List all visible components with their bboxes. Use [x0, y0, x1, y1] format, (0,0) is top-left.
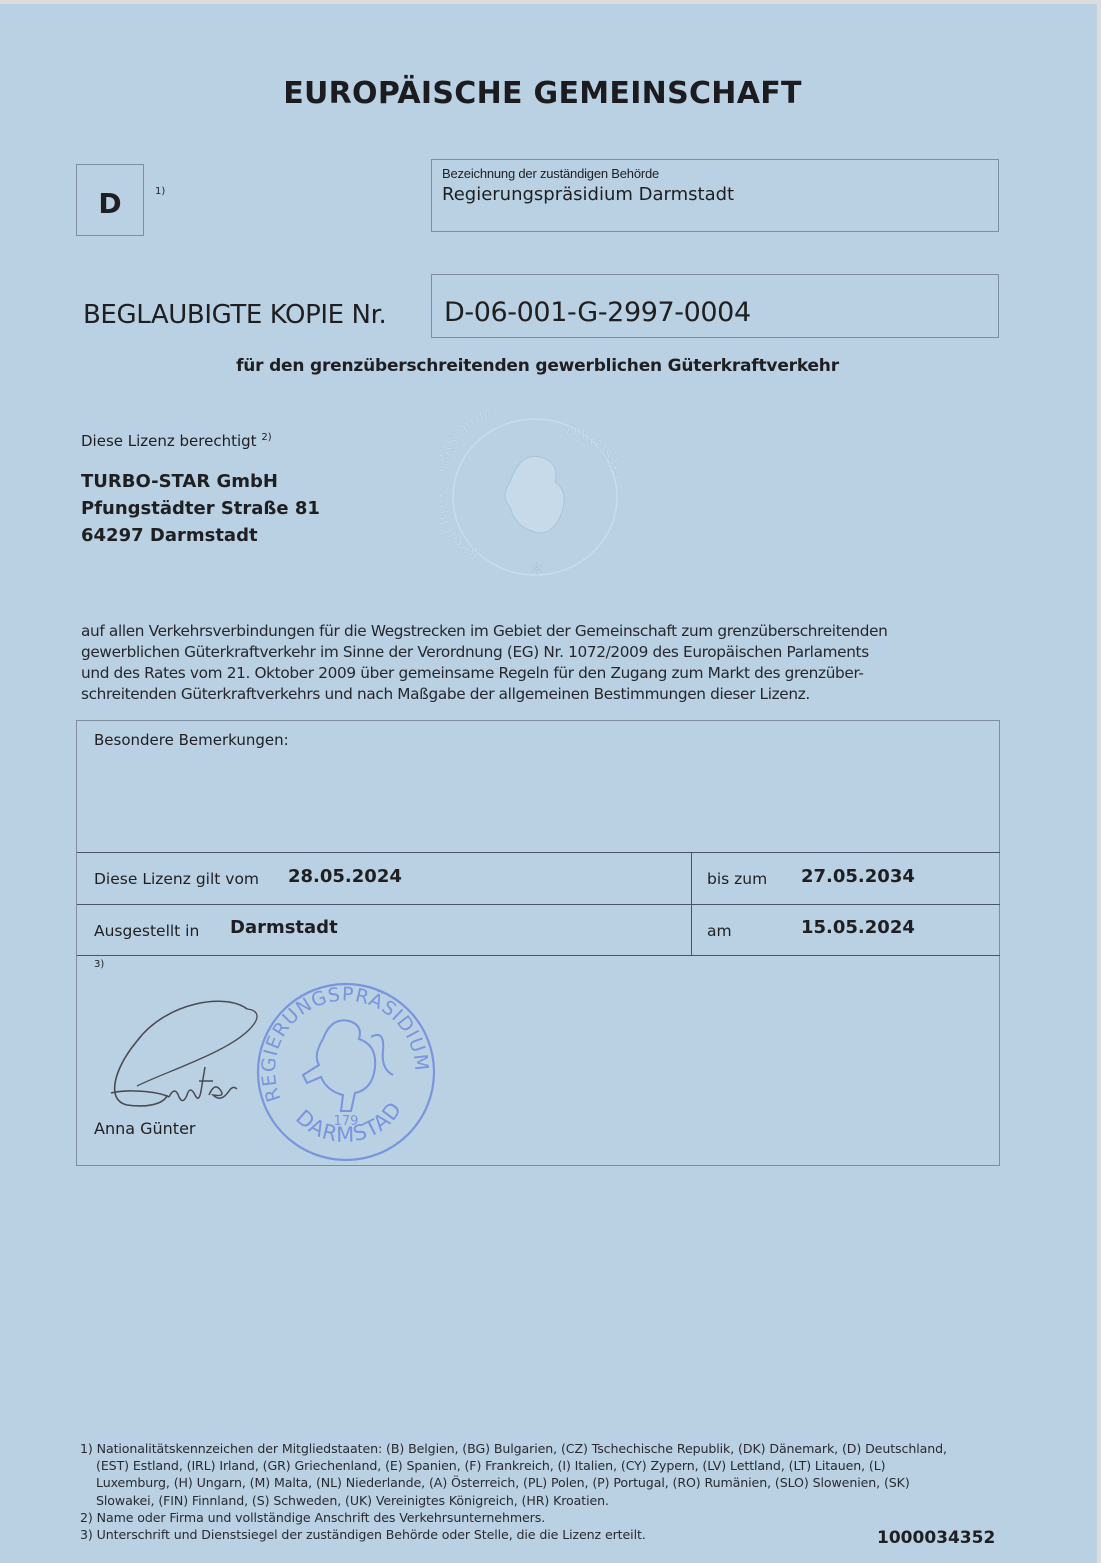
valid-from-value: 28.05.2024	[288, 866, 402, 887]
holder-street: Pfungstädter Straße 81	[81, 495, 320, 522]
emboss-text-right: DARMSTADT	[564, 422, 620, 495]
entitles-footnote-ref: 2)	[261, 432, 271, 443]
divider	[691, 852, 692, 956]
country-code: D	[77, 187, 143, 220]
remarks-label: Besondere Bemerkungen:	[94, 731, 289, 749]
valid-to-value: 27.05.2034	[801, 866, 915, 887]
entitles-text: Diese Lizenz berechtigt	[81, 432, 257, 450]
scope-line: auf allen Verkehrsverbindungen für die W…	[81, 621, 1001, 642]
scope-line: und des Rates vom 21. Oktober 2009 über …	[81, 663, 1001, 684]
signature-footnote-ref: 3)	[94, 959, 104, 970]
valid-from-label: Diese Lizenz gilt vom	[94, 870, 259, 888]
scope-line: schreitenden Güterkraftverkehrs und nach…	[81, 684, 1001, 705]
divider	[77, 852, 1000, 853]
svg-text:DARMSTADT: DARMSTADT	[564, 422, 620, 495]
remarks-and-validity-box: Besondere Bemerkungen: Diese Lizenz gilt…	[76, 720, 1000, 1166]
footnote-1-cont: (EST) Estland, (IRL) Irland, (GR) Griech…	[80, 1457, 1015, 1474]
license-document: EUROPÄISCHE GEMEINSCHAFT D 1) Bezeichnun…	[0, 4, 1097, 1563]
issued-date-value: 15.05.2024	[801, 917, 915, 938]
certified-copy-number: D-06-001-G-2997-0004	[444, 297, 751, 328]
divider	[77, 955, 1000, 956]
footnote-2: 2) Name oder Firma und vollständige Ansc…	[80, 1509, 1015, 1526]
document-subtitle: für den grenzüberschreitenden gewerblich…	[0, 356, 1075, 376]
license-scope-text: auf allen Verkehrsverbindungen für die W…	[81, 621, 1001, 705]
footnote-1-cont: Luxemburg, (H) Ungarn, (M) Malta, (NL) N…	[80, 1474, 1015, 1491]
authority-box: Bezeichnung der zuständigen Behörde Regi…	[431, 159, 999, 232]
svg-text:✲: ✲	[531, 562, 543, 578]
serial-number: 1000034352	[877, 1528, 995, 1548]
certified-copy-box: D-06-001-G-2997-0004	[431, 274, 999, 338]
official-stamp-icon: REGIERUNGSPRÄSIDIUM DARMSTADT 179	[253, 979, 439, 1165]
divider	[77, 904, 1000, 905]
entitles-label: Diese Lizenz berechtigt 2)	[81, 432, 272, 450]
footnote-1-cont: Slowakei, (FIN) Finnland, (S) Schweden, …	[80, 1492, 1015, 1509]
country-code-box: D	[76, 164, 144, 236]
footnote-3: 3) Unterschrift und Dienstsiegel der zus…	[80, 1526, 1015, 1543]
holder-name: TURBO-STAR GmbH	[81, 468, 320, 495]
scope-line: gewerblichen Güterkraftverkehr im Sinne …	[81, 642, 1001, 663]
stamp-number: 179	[334, 1114, 359, 1129]
valid-to-label: bis zum	[707, 870, 767, 888]
holder-city: 64297 Darmstadt	[81, 522, 320, 549]
issued-place-label: Ausgestellt in	[94, 922, 199, 940]
authority-label: Bezeichnung der zuständigen Behörde	[442, 166, 659, 181]
authority-value: Regierungspräsidium Darmstadt	[442, 184, 734, 205]
footnotes: 1) Nationalitätskennzeichen der Mitglied…	[80, 1440, 1015, 1543]
country-footnote-ref: 1)	[155, 186, 165, 197]
certified-copy-label: BEGLAUBIGTE KOPIE Nr.	[83, 300, 386, 330]
svg-text:REGIERUNGSPRÄSIDIUM: REGIERUNGSPRÄSIDIUM	[258, 983, 433, 1104]
issued-date-label: am	[707, 922, 732, 940]
footnote-1: 1) Nationalitätskennzeichen der Mitglied…	[80, 1440, 1015, 1457]
license-holder: TURBO-STAR GmbH Pfungstädter Straße 81 6…	[81, 468, 320, 549]
document-title: EUROPÄISCHE GEMEINSCHAFT	[0, 76, 1085, 111]
embossed-seal-icon: REGIERUNGSPRÄSIDIUM DARMSTADT ✲	[440, 412, 620, 582]
signer-name: Anna Günter	[94, 1119, 196, 1138]
issued-place-value: Darmstadt	[230, 917, 338, 938]
stamp-text-top: REGIERUNGSPRÄSIDIUM	[258, 983, 433, 1104]
